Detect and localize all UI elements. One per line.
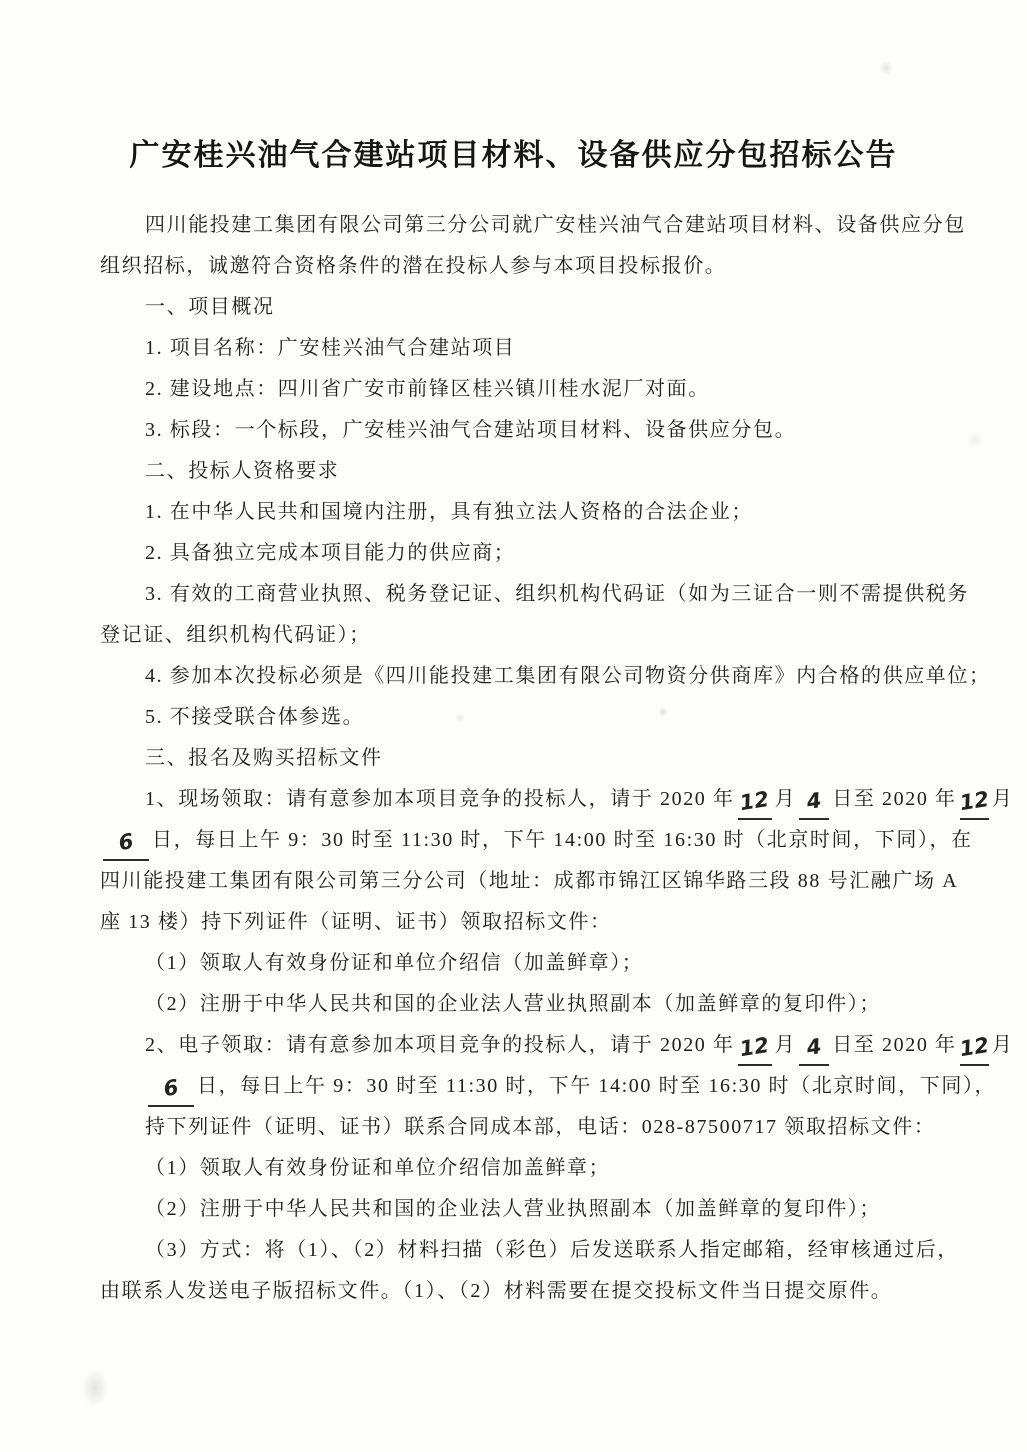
text-run: 登记证、组织机构代码证）； (100, 624, 371, 646)
handwritten-date-underline: 6 (103, 831, 149, 861)
text-run: 1. 在中华人民共和国境内注册，具有独立法人资格的合法企业； (145, 501, 753, 523)
document-line: （2）注册于中华人民共和国的企业法人营业执照副本（加盖鲜章的复印件）； (100, 984, 938, 1025)
text-run: 持下列证件（证明、证书）联系合同成本部，电话：028-87500717 领取招标… (145, 1116, 935, 1138)
document-line: 2. 具备独立完成本项目能力的供应商； (100, 533, 938, 574)
text-run: 4. 参加本次投标必须是《四川能投建工集团有限公司物资分供商库》内合格的供应单位… (145, 665, 991, 687)
document-line: 由联系人发送电子版招标文件。（1）、（2）材料需要在提交投标文件当日提交原件。 (100, 1271, 938, 1312)
document-line: 5. 不接受联合体参选。 (100, 697, 938, 738)
text-run: 三、报名及购买招标文件 (145, 747, 383, 769)
text-run: 2. 建设地点：四川省广安市前锋区桂兴镇川桂水泥厂对面。 (145, 378, 710, 400)
text-run: 月 (775, 1034, 797, 1056)
text-run: 3. 有效的工商营业执照、税务登记证、组织机构代码证（如为三证合一则不需提供税务 (145, 583, 969, 605)
handwritten-date: 12 (738, 1032, 771, 1062)
text-run: （3）方式：将（1）、（2）材料扫描（彩色）后发送联系人指定邮箱，经审核通过后， (145, 1239, 959, 1261)
text-run: 日，每日上午 9：30 时至 11:30 时，下午 14:00 时至 16:30… (197, 1075, 996, 1097)
document-line: 登记证、组织机构代码证）； (100, 615, 938, 656)
handwritten-date-underline: 12 (738, 1036, 772, 1066)
text-run: 2、电子领取：请有意参加本项目竞争的投标人，请于 2020 年 (145, 1034, 735, 1056)
handwritten-date-underline: 4 (799, 1036, 829, 1066)
handwritten-date-underline: 12 (960, 790, 989, 820)
document-line: 2. 建设地点：四川省广安市前锋区桂兴镇川桂水泥厂对面。 (100, 369, 938, 410)
text-run: 5. 不接受联合体参选。 (145, 706, 364, 728)
document-line: 四川能投建工集团有限公司第三分公司就广安桂兴油气合建站项目材料、设备供应分包 (100, 205, 938, 246)
handwritten-date: 12 (957, 786, 990, 816)
handwritten-date: 4 (805, 787, 824, 815)
handwritten-date-underline: 12 (960, 1036, 989, 1066)
document-line: （2）注册于中华人民共和国的企业法人营业执照副本（加盖鲜章的复印件）； (100, 1189, 938, 1230)
document-line: 座 13 楼）持下列证件（证明、证书）领取招标文件： (100, 902, 938, 943)
text-run: （1）领取人有效身份证和单位介绍信（加盖鲜章）； (145, 952, 643, 974)
handwritten-date-underline: 4 (799, 790, 829, 820)
text-run: 座 13 楼）持下列证件（证明、证书）领取招标文件： (100, 911, 612, 933)
document-line: 1. 项目名称：广安桂兴油气合建站项目 (100, 328, 938, 369)
text-run: 四川能投建工集团有限公司第三分公司（地址：成都市锦江区锦华路三段 88 号汇融广… (100, 870, 958, 892)
document-line: 三、报名及购买招标文件 (100, 738, 938, 779)
text-run: 月 (775, 788, 797, 810)
document-line: （1）领取人有效身份证和单位介绍信（加盖鲜章）； (100, 943, 938, 984)
text-run: 由联系人发送电子版招标文件。（1）、（2）材料需要在提交投标文件当日提交原件。 (100, 1280, 892, 1302)
text-run: 3. 标段：一个标段，广安桂兴油气合建站项目材料、设备供应分包。 (145, 419, 796, 441)
document-line: 四川能投建工集团有限公司第三分公司（地址：成都市锦江区锦华路三段 88 号汇融广… (100, 861, 938, 902)
handwritten-date: 6 (161, 1074, 180, 1102)
text-run: 日，每日上午 9：30 时至 11:30 时，下午 14:00 时至 16:30… (152, 829, 973, 851)
document-line: 4. 参加本次投标必须是《四川能投建工集团有限公司物资分供商库》内合格的供应单位… (100, 656, 938, 697)
handwritten-date: 12 (738, 786, 771, 816)
document-line: 组织招标，诚邀符合资格条件的潜在投标人参与本项目投标报价。 (100, 246, 938, 287)
document-line: 6日，每日上午 9：30 时至 11:30 时，下午 14:00 时至 16:3… (100, 1066, 938, 1107)
text-run: 1、现场领取：请有意参加本项目竞争的投标人，请于 2020 年 (145, 788, 735, 810)
document-line: （1）领取人有效身份证和单位介绍信加盖鲜章； (100, 1148, 938, 1189)
text-run: 2. 具备独立完成本项目能力的供应商； (145, 542, 515, 564)
document-line: 1、现场领取：请有意参加本项目竞争的投标人，请于 2020 年12月4日至 20… (100, 779, 938, 820)
text-run: 月 (992, 788, 1014, 810)
document-line: 一、项目概况 (100, 287, 938, 328)
document-line: 1. 在中华人民共和国境内注册，具有独立法人资格的合法企业； (100, 492, 938, 533)
document-line: （3）方式：将（1）、（2）材料扫描（彩色）后发送联系人指定邮箱，经审核通过后， (100, 1230, 938, 1271)
text-run: （2）注册于中华人民共和国的企业法人营业执照副本（加盖鲜章的复印件）； (145, 1198, 881, 1220)
document-line: 3. 有效的工商营业执照、税务登记证、组织机构代码证（如为三证合一则不需提供税务 (100, 574, 938, 615)
text-run: 组织招标，诚邀符合资格条件的潜在投标人参与本项目投标报价。 (100, 255, 726, 277)
document-body: 四川能投建工集团有限公司第三分公司就广安桂兴油气合建站项目材料、设备供应分包组织… (100, 205, 938, 1312)
document-title: 广安桂兴油气合建站项目材料、设备供应分包招标公告 (0, 130, 1027, 174)
text-run: 日至 2020 年 (832, 788, 956, 810)
text-run: 四川能投建工集团有限公司第三分公司就广安桂兴油气合建站项目材料、设备供应分包 (145, 214, 966, 236)
handwritten-date: 4 (805, 1033, 824, 1061)
document-line: 二、投标人资格要求 (100, 451, 938, 492)
text-run: 1. 项目名称：广安桂兴油气合建站项目 (145, 337, 515, 359)
handwritten-date-underline: 12 (738, 790, 772, 820)
document-line: 3. 标段：一个标段，广安桂兴油气合建站项目材料、设备供应分包。 (100, 410, 938, 451)
document-line: 6日，每日上午 9：30 时至 11:30 时，下午 14:00 时至 16:3… (100, 820, 938, 861)
text-run: （2）注册于中华人民共和国的企业法人营业执照副本（加盖鲜章的复印件）； (145, 993, 881, 1015)
text-run: （1）领取人有效身份证和单位介绍信加盖鲜章； (145, 1157, 610, 1179)
text-run: 月 (992, 1034, 1014, 1056)
document-line: 2、电子领取：请有意参加本项目竞争的投标人，请于 2020 年12月4日至 20… (100, 1025, 938, 1066)
document-line: 持下列证件（证明、证书）联系合同成本部，电话：028-87500717 领取招标… (100, 1107, 938, 1148)
document-page: 广安桂兴油气合建站项目材料、设备供应分包招标公告 四川能投建工集团有限公司第三分… (0, 0, 1027, 1452)
text-run: 一、项目概况 (145, 296, 275, 318)
handwritten-date: 6 (116, 828, 135, 856)
text-run: 二、投标人资格要求 (145, 460, 339, 482)
handwritten-date: 12 (957, 1032, 990, 1062)
text-run: 日至 2020 年 (832, 1034, 956, 1056)
handwritten-date-underline: 6 (148, 1077, 194, 1107)
